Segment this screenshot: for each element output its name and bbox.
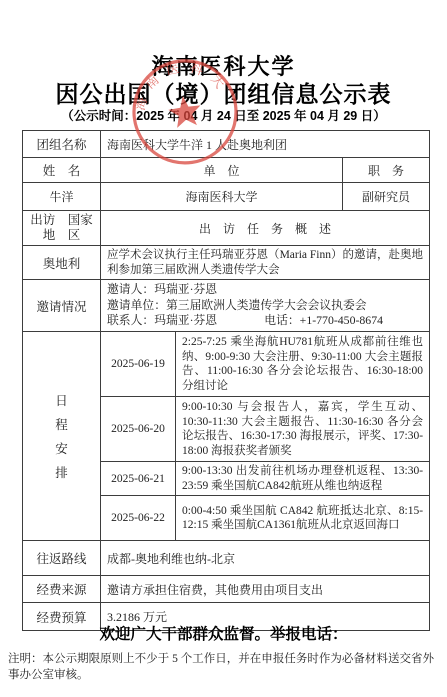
table-row-invitation: 邀请情况 邀请人：玛瑞亚·芬恩 邀请单位：第三届欧洲人类遗传学大会会议执委会 联… [23, 280, 430, 332]
schedule-details: 2:25-7:25 乘坐海航HU781航班从成都前往维也纳、9:00-9:30 … [176, 332, 430, 397]
visit-country: 奥地利 [23, 246, 101, 280]
footnote: 注明：本公示期限原则上不少于 5 个工作日，并在申报任务时作为必备材料送交省外事… [8, 652, 434, 683]
route-label: 往返路线 [23, 541, 101, 576]
invitation-details: 邀请人：玛瑞亚·芬恩 邀请单位：第三届欧洲人类遗传学大会会议执委会 联系人：玛瑞… [101, 280, 430, 332]
visit-country-header-line2: 地 区 [29, 228, 94, 243]
schedule-label-cell: 日 程 安 排 [23, 332, 101, 541]
schedule-label-char: 安 [55, 439, 68, 457]
schedule-label-char: 程 [55, 415, 68, 433]
publicity-period: （公示时间：2025 年 04 月 24 日至 2025 年 04 月 29 日… [0, 106, 447, 124]
member-unit: 海南医科大学 [101, 183, 343, 211]
schedule-label-char: 日 [55, 391, 68, 409]
table-row-funding-source: 经费来源 邀请方承担住宿费，其他费用由项目支出 [23, 576, 430, 603]
schedule-details: 9:00-13:30 出发前往机场办理登机返程、13:30-23:59 乘坐国航… [176, 462, 430, 496]
table-row-member-header: 姓 名 单 位 职 务 [23, 158, 430, 183]
group-name-label: 团组名称 [23, 131, 101, 158]
task-summary-header: 出 访 任 务 概 述 [101, 211, 430, 246]
schedule-date: 2025-06-22 [101, 496, 176, 541]
title-header: 职 务 [343, 158, 430, 183]
schedule-details: 0:00-4:50 乘坐国航 CA842 航班抵达北京、8:15-12:15 乘… [176, 496, 430, 541]
table-row-visit: 奥地利 应学术会议执行主任玛瑞亚芬恩（Maria Finn）的邀请，赴奥地利参加… [23, 246, 430, 280]
page-title-form-name: 因公出国（境）团组信息公示表 [0, 76, 447, 109]
visit-country-header: 出访 国家 地 区 [23, 211, 101, 246]
visit-country-header-line1: 出访 国家 [29, 213, 94, 228]
invitation-unit: 邀请单位：第三届欧洲人类遗传学大会会议执委会 [107, 298, 423, 314]
invitation-contact: 联系人：玛瑞亚·芬恩 电话：+1-770-450-8674 [107, 313, 423, 329]
supervision-line: 欢迎广大干部群众监督。举报电话： [0, 622, 447, 644]
task-summary: 应学术会议执行主任玛瑞亚芬恩（Maria Finn）的邀请，赴奥地利参加第三届欧… [101, 246, 430, 280]
info-table: 团组名称 海南医科大学牛洋 1 人赴奥地利团 姓 名 单 位 职 务 牛洋 海南… [22, 130, 430, 631]
invitation-label: 邀请情况 [23, 280, 101, 332]
member-name: 牛洋 [23, 183, 101, 211]
invitation-inviter: 邀请人：玛瑞亚·芬恩 [107, 282, 423, 298]
table-row-visit-header: 出访 国家 地 区 出 访 任 务 概 述 [23, 211, 430, 246]
announcement-page: 海南医科大学 因公出国（境）团组信息公示表 （公示时间：2025 年 04 月 … [0, 0, 447, 697]
schedule-date: 2025-06-19 [101, 332, 176, 397]
schedule-label-char: 排 [55, 463, 68, 481]
schedule-details: 9:00-10:30 与会报告人，嘉宾，学生互动、10:30-11:30 大会主… [176, 397, 430, 462]
funding-source-value: 邀请方承担住宿费，其他费用由项目支出 [101, 576, 430, 603]
table-row-group-name: 团组名称 海南医科大学牛洋 1 人赴奥地利团 [23, 131, 430, 158]
route-value: 成都-奥地利维也纳-北京 [101, 541, 430, 576]
unit-header: 单 位 [101, 158, 343, 183]
table-row-member: 牛洋 海南医科大学 副研究员 [23, 183, 430, 211]
table-row-route: 往返路线 成都-奥地利维也纳-北京 [23, 541, 430, 576]
schedule-label: 日 程 安 排 [29, 391, 94, 481]
name-header: 姓 名 [23, 158, 101, 183]
group-name-value: 海南医科大学牛洋 1 人赴奥地利团 [101, 131, 430, 158]
schedule-date: 2025-06-21 [101, 462, 176, 496]
schedule-date: 2025-06-20 [101, 397, 176, 462]
table-row-schedule-1: 日 程 安 排 2025-06-19 2:25-7:25 乘坐海航HU781航班… [23, 332, 430, 397]
member-title: 副研究员 [343, 183, 430, 211]
funding-source-label: 经费来源 [23, 576, 101, 603]
